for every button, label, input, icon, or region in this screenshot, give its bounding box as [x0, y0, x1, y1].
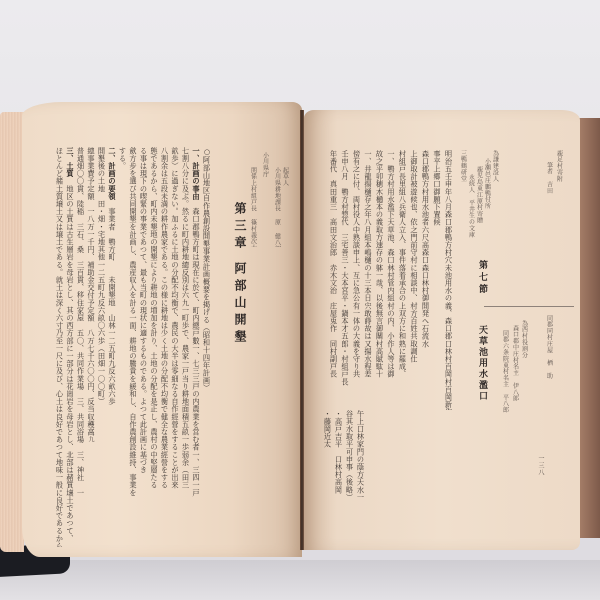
- table-surface-shadow: [0, 560, 600, 600]
- left-line: 八割余は五段未満の耕作農家である。この様に耕地は少く土地の分配不均衡で健全な農業…: [160, 147, 170, 547]
- right-top-2: 筆者 吉田: [544, 162, 554, 222]
- left-line: 一、計画の事由 森口郡鴨方町は現在に於て、町内總戸數一、七三三戸の内農業を営む者…: [192, 147, 202, 547]
- page-stack-edge: [0, 112, 24, 552]
- right-lower-1: 同郡同村庄屋 栖 助: [544, 315, 554, 435]
- left-line: 普通畑〇〇貫、陸稲 三石、桑 三百貫、移住家屋 五〇、共同作業場 三、共同浴場 …: [76, 147, 86, 547]
- left-line: 畝歩）に過ぎない。加ふるに土地の分配不均衡で、農民の大半は零細なる自作經營をする…: [171, 147, 181, 547]
- credit-5: 三鴨鶴研堂: [458, 150, 468, 230]
- side-note-2: 小川県耕地課長 原 健八郎: [272, 167, 282, 247]
- right-page: 鹿足村寄附 筆者 吉田 為謙建設人 小瀬邑庄鵬鴨付所 鹿児島東江原村寄贈 永続人…: [304, 110, 580, 550]
- right-line: 上御取計被遊候也、依之門前守村に相談中、村方百姓共取調仕: [410, 150, 420, 410]
- right-line: 一、鴨方村用水濫下天草池、森口林村管内組村の内、小作人等は御: [387, 150, 397, 410]
- right-line: 一、井龍揚樋存之年八月組本嶋樋の十三本日宍敢蒔故は又揚水程差: [364, 150, 374, 410]
- chapter-title: 阿部山開墾: [232, 262, 249, 347]
- right-bottom-line: ・高戸吉平 口林村高岡: [334, 410, 344, 500]
- left-line: 歛方步を選び共同開墾を計画し、農産収入を計る一面、耕地の騰貴を緩和し、自作農創設…: [129, 147, 139, 547]
- left-line: する。: [118, 147, 128, 547]
- page-number-left: 一三九: [86, 422, 95, 443]
- right-top-1: 鹿足村寄附: [554, 150, 564, 210]
- left-line: 三、土質 地区の土質は古生層岩を母岩とし、其の西方部に一部分は花崗岩を母岩とし、…: [66, 147, 76, 547]
- right-line: 明治五壬申年八月森口郡鴨方村穴未池用水の義、森口郡口林村百岡村百岡新作ニ付前書ヲ…: [444, 150, 454, 410]
- left-line: ○阿部山地区自作農創設開墾事業計画概要を掲げる（昭和十四年計画）: [202, 147, 212, 547]
- book-cover-edge: [578, 118, 600, 538]
- side-note-3: 関係上村組戸長 篠村義次太: [248, 167, 258, 247]
- right-lower-4: 同郡六条院東村名主 平八郎: [500, 330, 510, 450]
- right-line: 年番代 真田重三 高田文治郎 赤木文治 庄屋兎作 同村副戸長: [329, 150, 339, 410]
- right-line: 壬申八月 鴨方村惣代 三宅善三・大本宮平・鍋本才五郎・村組戸長: [341, 150, 351, 410]
- left-line: 七割八分に及ぶ。然るに町内耕地總反別は六九一町歩で、農家一戸当り耕地面積五畝一歩…: [181, 147, 191, 547]
- right-line: 森口郡鴨方村用水池者六尺高森口森口林村御開発へ石流水: [421, 150, 431, 410]
- right-line: 事平上郷口御願下置候: [433, 150, 443, 410]
- right-bottom-line: 午上口林家門の蔭方天水一鴨も不見出丸四尻: [356, 410, 366, 500]
- left-page: 小川県庁 起草人 小川県耕地課長 原 健八郎 関係上村組戸長 篠村義次太 第三章…: [22, 102, 302, 557]
- left-line: ほとんど赭土質壌土又は壌土である。就土は深く六寸乃至一尺に及び、心土は良好であつ…: [55, 147, 65, 547]
- left-line: 開墾後の土地 田・畑・宅地其他一二五町九反六畝〇六歩（田畑一〇〇町）: [97, 147, 107, 547]
- chapter-number: 第三章: [232, 202, 249, 253]
- right-line: 傍有之に付、両村役人中熟談申上、互に急公有一体の大義を守り共: [352, 150, 362, 410]
- left-line: 二、計画の要領 事業者 鴨方町 未開墾地 山林一二五町九反六畝六歩: [108, 147, 118, 547]
- page-number-right: 一三八: [536, 455, 545, 476]
- right-lower-2: 為西村役割分: [519, 320, 529, 440]
- left-line: る事は現下の喫緊の事業であつて、最も当町の現状に適するものである。よつて此計画に…: [139, 147, 149, 547]
- section-number: 第七節: [476, 260, 489, 296]
- section-divider: [484, 306, 574, 307]
- section-title: 天草池用水濫口: [476, 325, 489, 402]
- left-page-header: 小川県庁: [260, 152, 270, 242]
- right-line: 故之平卯穂木樋本の義取方速存の躰一哉、以後無言御關村高賦駄十: [375, 150, 385, 410]
- right-line: 村組戸長里組八兵衛人立入、事件落着承合の上双方に和熟に罷成、: [398, 150, 408, 410]
- right-bottom-line: 谷其水取平可申事（後略）: [345, 410, 355, 500]
- right-lower-3: 森口郡中庄村名主 伊八郎: [510, 325, 520, 445]
- right-bottom-line: ・藤岡近太: [323, 410, 333, 500]
- left-line: 總事業費予定額 一八万一千円、補助金交付予定額 八万七千六〇〇円、反当収穫高: [87, 147, 97, 547]
- left-line: 態であるから、町内未墾地の開墾により耕地の増加を計り、土地の分配を是正し、農村の…: [150, 147, 160, 547]
